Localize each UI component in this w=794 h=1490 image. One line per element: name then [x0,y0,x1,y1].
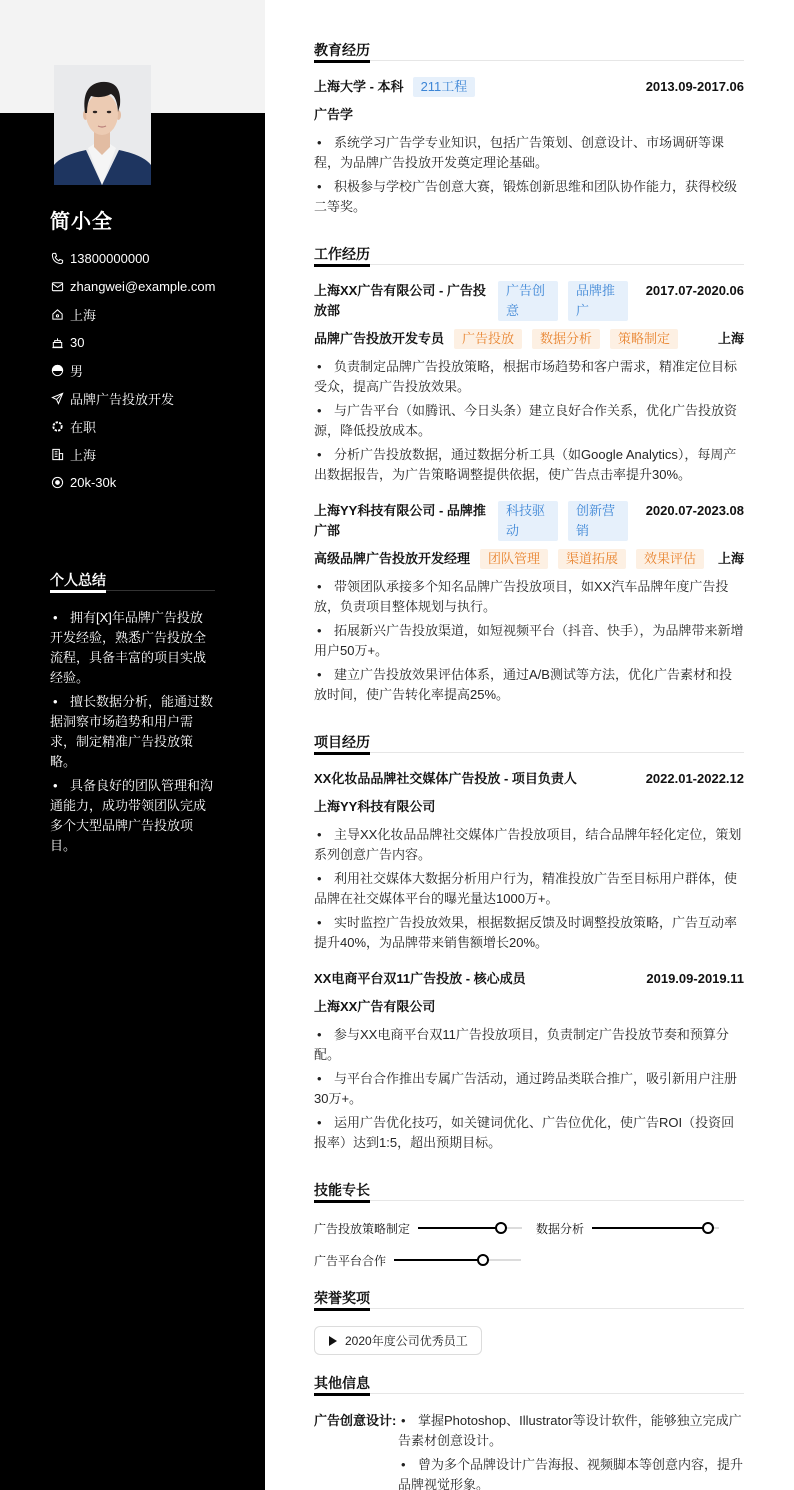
contact-text: 20k-30k [70,475,116,490]
date-range: 2020.07-2023.08 [638,501,744,521]
award-toggle[interactable]: 2020年度公司优秀员工 [314,1326,482,1355]
skill-item: 广告平台合作 [314,1250,522,1270]
contact-text: 在职 [70,417,96,436]
work-entry: 上海XX广告有限公司 - 广告投放部 广告创意 品牌推广 2017.07-202… [314,281,744,485]
contact-email: zhangwei@example.com [50,272,255,300]
section-projects: 项目经历 XX化妆品品牌社交媒体广告投放 - 项目负责人 2022.01-202… [314,732,744,1153]
position-title: 高级品牌广告投放开发经理 [314,549,470,569]
mail-icon [51,280,64,293]
skill-tag: 团队管理 [480,549,548,569]
skill-name: 广告投放策略制定 [314,1220,410,1237]
summary-title: 个人总结 [50,570,106,593]
tag: 211工程 [413,77,476,97]
other-info-label: 广告创意设计: [314,1411,398,1490]
project-company: 上海YY科技有限公司 [314,797,744,817]
work-location: 上海 [710,329,744,349]
company-name: 上海XX广告有限公司 - 广告投放部 [314,281,489,321]
section-title: 项目经历 [314,732,370,755]
bullet-list: 参与XX电商平台双11广告投放项目，负责制定广告投放节奏和预算分配。 与平台合作… [314,1025,744,1153]
summary-item: 擅长数据分析，能通过数据洞察市场趋势和用户需求，制定精准广告投放策略。 [50,692,215,772]
bullet-item: 与广告平台（如腾讯、今日头条）建立良好合作关系，优化广告投放资源，降低投放成本。 [314,401,744,441]
main-content: 教育经历 上海大学 - 本科 211工程 2013.09-2017.06 广告学… [314,40,744,1490]
summary-list: 拥有[X]年品牌广告投放开发经验，熟悉广告投放全流程，具备丰富的项目实战经验。 … [50,608,215,856]
expand-triangle-icon [329,1336,337,1346]
section-header: 项目经历 [314,732,744,753]
skill-level-slider[interactable] [592,1227,719,1229]
tag: 广告创意 [498,281,558,321]
contact-list: 13800000000 zhangwei@example.com 上海 30 男… [50,244,255,496]
entry-header: 上海XX广告有限公司 - 广告投放部 广告创意 品牌推广 2017.07-202… [314,281,744,321]
contact-status: 在职 [50,412,255,440]
cake-icon [51,336,64,349]
slider-thumb[interactable] [495,1222,507,1234]
contact-gender: 男 [50,356,255,384]
bullet-list: 带领团队承接多个知名品牌广告投放项目，如XX汽车品牌年度广告投放，负责项目整体规… [314,577,744,705]
phone-icon [51,252,64,265]
skill-item: 数据分析 [536,1218,744,1238]
contact-text: zhangwei@example.com [70,279,215,294]
sidebar: 简小全 13800000000 zhangwei@example.com 上海 … [0,0,265,1490]
section-education: 教育经历 上海大学 - 本科 211工程 2013.09-2017.06 广告学… [314,40,744,217]
education-entry: 上海大学 - 本科 211工程 2013.09-2017.06 广告学 系统学习… [314,77,744,217]
work-location: 上海 [710,549,744,569]
section-title: 工作经历 [314,244,370,267]
other-info-row: 广告创意设计: 掌握Photoshop、Illustrator等设计软件，能够独… [314,1411,744,1490]
bullet-item: 拓展新兴广告投放渠道，如短视频平台（抖音、快手），为品牌带来新增用户50万+。 [314,621,744,661]
major: 广告学 [314,105,744,125]
send-icon [51,392,64,405]
bullet-item: 曾为多个品牌设计广告海报、视频脚本等创意内容，提升品牌视觉形象。 [398,1455,744,1490]
project-entry: XX电商平台双11广告投放 - 核心成员 2019.09-2019.11 上海X… [314,969,744,1153]
project-company: 上海XX广告有限公司 [314,997,744,1017]
work-entry: 上海YY科技有限公司 - 品牌推广部 科技驱动 创新营销 2020.07-202… [314,501,744,705]
bullet-item: 掌握Photoshop、Illustrator等设计软件，能够独立完成广告素材创… [398,1411,744,1451]
position-row: 品牌广告投放开发专员 广告投放 数据分析 策略制定 上海 [314,329,744,349]
section-skills: 技能专长 广告投放策略制定 数据分析 广告平台合作 [314,1180,744,1270]
home-icon [51,308,64,321]
summary-header: 个人总结 [50,570,215,591]
section-title: 荣誉奖项 [314,1288,370,1311]
gender-icon [51,364,64,377]
bullet-item: 建立广告投放效果评估体系，通过A/B测试等方法，优化广告素材和投放时间，使广告转… [314,665,744,705]
section-header: 荣誉奖项 [314,1288,744,1309]
entry-header: XX化妆品品牌社交媒体广告投放 - 项目负责人 2022.01-2022.12 [314,769,744,789]
bullet-item: 带领团队承接多个知名品牌广告投放项目，如XX汽车品牌年度广告投放，负责项目整体规… [314,577,744,617]
position-row: 高级品牌广告投放开发经理 团队管理 渠道拓展 效果评估 上海 [314,549,744,569]
slider-thumb[interactable] [702,1222,714,1234]
personal-summary: 个人总结 拥有[X]年品牌广告投放开发经验，熟悉广告投放全流程，具备丰富的项目实… [50,570,215,856]
bullet-item: 与平台合作推出专属广告活动，通过跨品类联合推广，吸引新用户注册30万+。 [314,1069,744,1109]
bullet-list: 负责制定品牌广告投放策略，根据市场趋势和客户需求，精准定位目标受众，提高广告投放… [314,357,744,485]
position-title: 品牌广告投放开发专员 [314,329,444,349]
school-name: 上海大学 - 本科 [314,77,404,97]
bullet-list: 系统学习广告学专业知识，包括广告策划、创意设计、市场调研等课程，为品牌广告投放开… [314,133,744,217]
summary-item: 具备良好的团队管理和沟通能力，成功带领团队完成多个大型品牌广告投放项目。 [50,776,215,856]
section-title: 技能专长 [314,1180,370,1203]
bullet-item: 运用广告优化技巧，如关键词优化、广告位优化，使广告ROI（投资回报率）达到1:5… [314,1113,744,1153]
profile-photo [54,65,151,185]
bullet-list: 掌握Photoshop、Illustrator等设计软件，能够独立完成广告素材创… [398,1411,744,1490]
bullet-item: 参与XX电商平台双11广告投放项目，负责制定广告投放节奏和预算分配。 [314,1025,744,1065]
contact-city: 上海 [50,440,255,468]
entry-header: 上海大学 - 本科 211工程 2013.09-2017.06 [314,77,744,97]
bullet-item: 系统学习广告学专业知识，包括广告策划、创意设计、市场调研等课程，为品牌广告投放开… [314,133,744,173]
contact-location: 上海 [50,300,255,328]
building-icon [51,448,64,461]
section-other: 其他信息 广告创意设计: 掌握Photoshop、Illustrator等设计软… [314,1373,744,1490]
skill-grid: 广告投放策略制定 数据分析 广告平台合作 [314,1218,744,1270]
slider-thumb[interactable] [477,1254,489,1266]
bullet-item: 负责制定品牌广告投放策略，根据市场趋势和客户需求，精准定位目标受众，提高广告投放… [314,357,744,397]
project-name: XX化妆品品牌社交媒体广告投放 - 项目负责人 [314,769,577,789]
skill-tag: 渠道拓展 [558,549,626,569]
slider-fill [394,1259,483,1261]
section-work: 工作经历 上海XX广告有限公司 - 广告投放部 广告创意 品牌推广 2017.0… [314,244,744,705]
skill-level-slider[interactable] [418,1227,522,1229]
project-entry: XX化妆品品牌社交媒体广告投放 - 项目负责人 2022.01-2022.12 … [314,769,744,953]
slider-fill [592,1227,708,1229]
skill-tag: 策略制定 [610,329,678,349]
section-header: 其他信息 [314,1373,744,1394]
skill-tag: 效果评估 [636,549,704,569]
skill-name: 数据分析 [536,1220,584,1237]
contact-text: 上海 [70,445,96,464]
slider-fill [418,1227,501,1229]
section-awards: 荣誉奖项 2020年度公司优秀员工 [314,1288,744,1355]
summary-item: 拥有[X]年品牌广告投放开发经验，熟悉广告投放全流程，具备丰富的项目实战经验。 [50,608,215,688]
contact-salary: 20k-30k [50,468,255,496]
bullet-item: 利用社交媒体大数据分析用户行为，精准投放广告至目标用户群体，使品牌在社交媒体平台… [314,869,744,909]
entry-header: XX电商平台双11广告投放 - 核心成员 2019.09-2019.11 [314,969,744,989]
section-title: 教育经历 [314,40,370,63]
section-header: 工作经历 [314,244,744,265]
date-range: 2013.09-2017.06 [638,77,744,97]
company-name: 上海YY科技有限公司 - 品牌推广部 [314,501,489,541]
skill-item: 广告投放策略制定 [314,1218,522,1238]
salary-icon [51,476,64,489]
tag: 品牌推广 [568,281,628,321]
contact-text: 30 [70,335,84,350]
tag: 科技驱动 [498,501,558,541]
person-name: 简小全 [50,208,113,236]
contact-text: 品牌广告投放开发 [70,389,174,408]
contact-text: 男 [70,361,83,380]
bullet-list: 主导XX化妆品品牌社交媒体广告投放项目，结合品牌年轻化定位，策划系列创意广告内容… [314,825,744,953]
skill-tag: 数据分析 [532,329,600,349]
section-header: 技能专长 [314,1180,744,1201]
award-label: 2020年度公司优秀员工 [345,1332,468,1349]
bullet-item: 实时监控广告投放效果，根据数据反馈及时调整投放策略，广告互动率提升40%，为品牌… [314,913,744,953]
skill-tag: 广告投放 [454,329,522,349]
date-range: 2019.09-2019.11 [638,969,744,989]
contact-text: 上海 [70,305,96,324]
entry-header: 上海YY科技有限公司 - 品牌推广部 科技驱动 创新营销 2020.07-202… [314,501,744,541]
section-title: 其他信息 [314,1373,370,1396]
skill-level-slider[interactable] [394,1259,521,1261]
status-icon [51,420,64,433]
contact-text: 13800000000 [70,251,150,266]
project-name: XX电商平台双11广告投放 - 核心成员 [314,969,526,989]
date-range: 2022.01-2022.12 [638,769,744,789]
bullet-item: 分析广告投放数据，通过数据分析工具（如Google Analytics），每周产… [314,445,744,485]
bullet-item: 主导XX化妆品品牌社交媒体广告投放项目，结合品牌年轻化定位，策划系列创意广告内容… [314,825,744,865]
contact-phone: 13800000000 [50,244,255,272]
date-range: 2017.07-2020.06 [638,281,744,301]
contact-job-intent: 品牌广告投放开发 [50,384,255,412]
bullet-item: 积极参与学校广告创意大赛，锻炼创新思维和团队协作能力，获得校级二等奖。 [314,177,744,217]
contact-age: 30 [50,328,255,356]
skill-name: 广告平台合作 [314,1252,386,1269]
tag: 创新营销 [568,501,628,541]
section-header: 教育经历 [314,40,744,61]
